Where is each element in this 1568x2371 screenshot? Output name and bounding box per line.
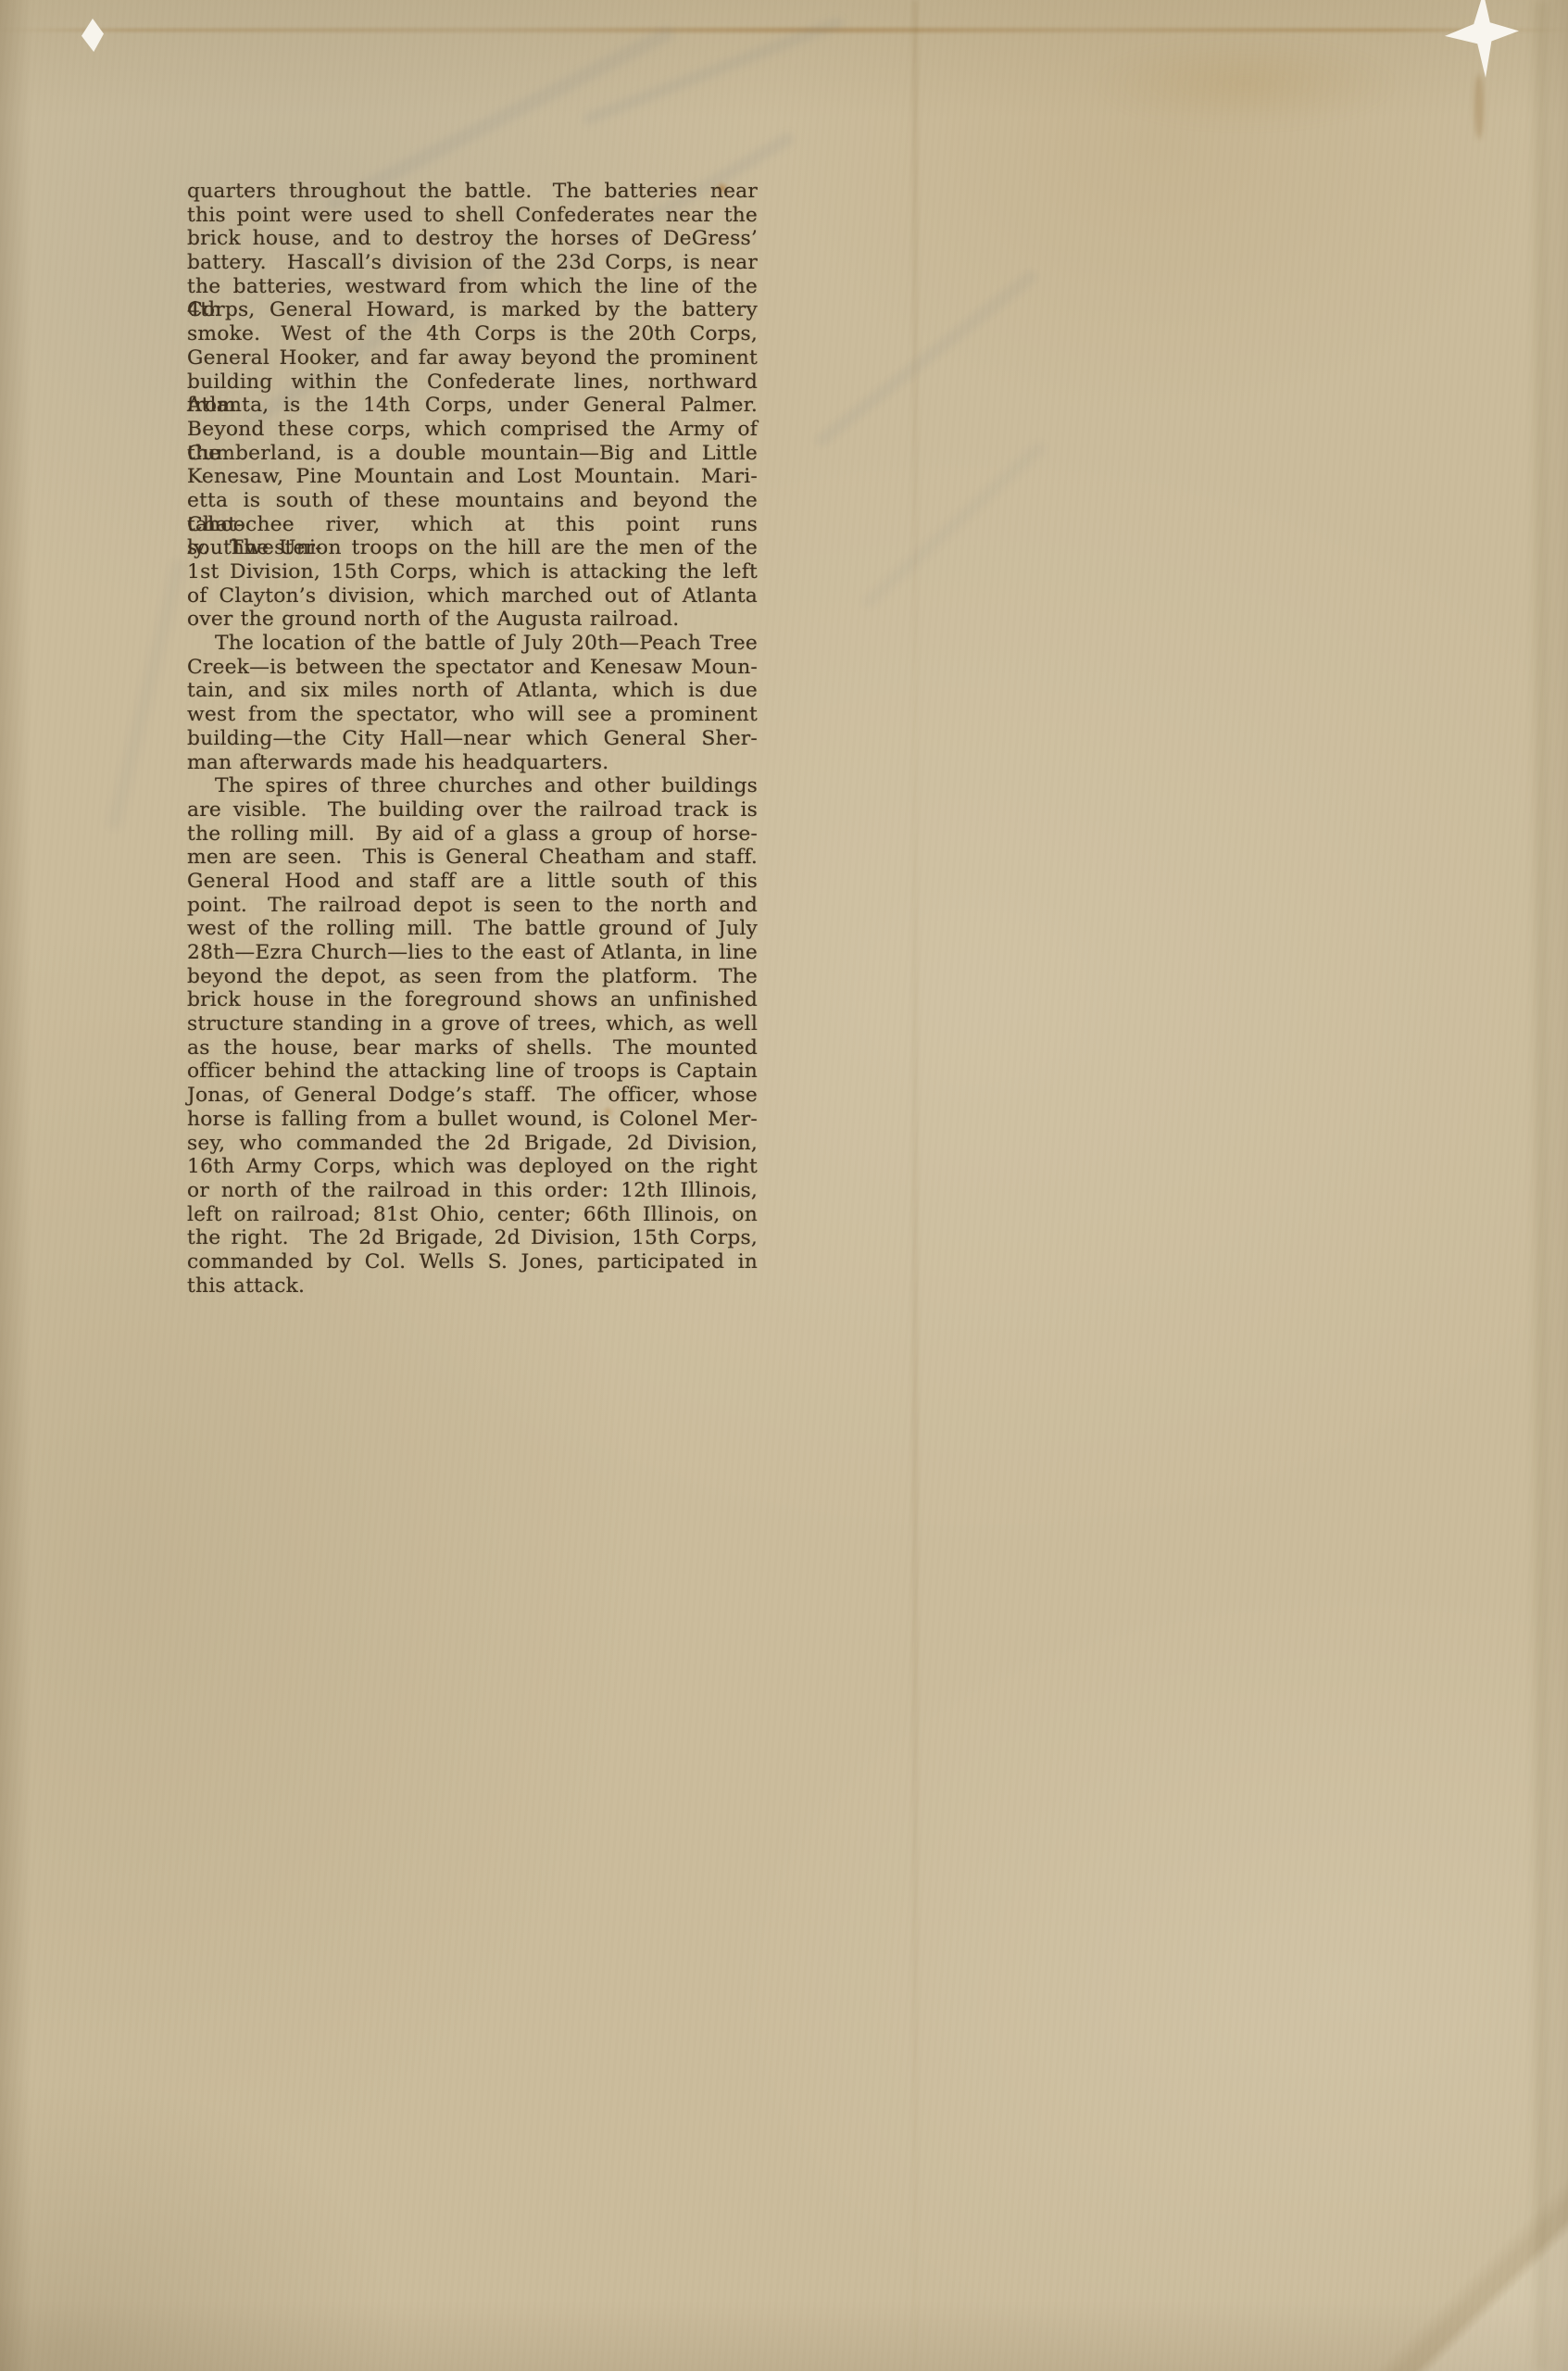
- text-line: Beyond these corps, which comprised the …: [187, 418, 758, 442]
- text-line: General Hood and staff are a little sout…: [187, 870, 758, 894]
- text-line: The spires of three churches and other b…: [187, 774, 758, 798]
- paper-fold-corner: [1160, 1973, 1568, 2371]
- text-line: 1st Division, 15th Corps, which is attac…: [187, 560, 758, 584]
- text-line: men are seen. This is General Cheatham a…: [187, 846, 758, 870]
- text-line: over the ground north of the Augusta rai…: [187, 608, 758, 632]
- text-line: ly. The Union troops on the hill are the…: [187, 536, 758, 560]
- text-line: this point were used to shell Confederat…: [187, 204, 758, 228]
- text-line: point. The railroad depot is seen to the…: [187, 894, 758, 918]
- text-line: horse is falling from a bullet wound, is…: [187, 1108, 758, 1132]
- text-line: west of the rolling mill. The battle gro…: [187, 917, 758, 941]
- text-line: Creek—is between the spectator and Kenes…: [187, 656, 758, 680]
- text-line: left on railroad; 81st Ohio, center; 66t…: [187, 1203, 758, 1227]
- text-line: smoke. West of the 4th Corps is the 20th…: [187, 322, 758, 346]
- ink-bleedthrough: [106, 558, 187, 832]
- ink-bleedthrough: [812, 268, 1039, 449]
- text-line: The location of the battle of July 20th—…: [187, 632, 758, 656]
- text-line: building within the Confederate lines, n…: [187, 370, 758, 395]
- text-line: quarters throughout the battle. The batt…: [187, 180, 758, 204]
- text-line: beyond the depot, as seen from the platf…: [187, 965, 758, 989]
- paper-crease-vertical: [912, 0, 918, 2371]
- text-line: structure standing in a grove of trees, …: [187, 1012, 758, 1036]
- text-line: are visible. The building over the railr…: [187, 798, 758, 822]
- text-line: Cumberland, is a double mountain—Big and…: [187, 442, 758, 466]
- page-scan: quarters throughout the battle. The batt…: [0, 0, 1568, 2371]
- paper-smudge: [1474, 74, 1484, 139]
- paper-edge-shadow: [1535, 0, 1548, 2371]
- text-line: the right. The 2d Brigade, 2d Division, …: [187, 1226, 758, 1250]
- text-line: this attack.: [187, 1274, 758, 1298]
- text-line: battery. Hascall’s division of the 23d C…: [187, 251, 758, 275]
- text-line: of Clayton’s division, which marched out…: [187, 584, 758, 608]
- text-line: brick house, and to destroy the horses o…: [187, 227, 758, 251]
- paper-stain: [1093, 37, 1399, 130]
- page-text: quarters throughout the battle. The batt…: [187, 180, 758, 1298]
- text-line: as the house, bear marks of shells. The …: [187, 1036, 758, 1060]
- text-line: the rolling mill. By aid of a glass a gr…: [187, 822, 758, 847]
- text-line: building—the City Hall—near which Genera…: [187, 727, 758, 751]
- text-line: etta is south of these mountains and bey…: [187, 489, 758, 513]
- text-line: man afterwards made his headquarters.: [187, 751, 758, 775]
- ink-bleedthrough: [860, 440, 1047, 610]
- text-line: west from the spectator, who will see a …: [187, 703, 758, 727]
- text-line: 16th Army Corps, which was deployed on t…: [187, 1155, 758, 1179]
- text-line: tain, and six miles north of Atlanta, wh…: [187, 679, 758, 703]
- text-line: commanded by Col. Wells S. Jones, partic…: [187, 1250, 758, 1274]
- paper-hole-star: [1445, 0, 1519, 78]
- text-line: officer behind the attacking line of tro…: [187, 1060, 758, 1084]
- paper-hole-diamond: [82, 19, 104, 52]
- text-line: Jonas, of General Dodge’s staff. The off…: [187, 1084, 758, 1108]
- text-line: the batteries, westward from which the l…: [187, 275, 758, 299]
- text-line: Kenesaw, Pine Mountain and Lost Mountain…: [187, 465, 758, 489]
- text-line: tahoochee river, which at this point run…: [187, 513, 758, 537]
- text-line: brick house in the foreground shows an u…: [187, 988, 758, 1012]
- text-line: sey, who commanded the 2d Brigade, 2d Di…: [187, 1132, 758, 1156]
- text-line: Corps, General Howard, is marked by the …: [187, 298, 758, 322]
- text-line: General Hooker, and far away beyond the …: [187, 346, 758, 370]
- text-line: 28th—Ezra Church—lies to the east of Atl…: [187, 941, 758, 965]
- text-line: Atlanta, is the 14th Corps, under Genera…: [187, 394, 758, 418]
- text-line: or north of the railroad in this order: …: [187, 1179, 758, 1203]
- paper-crease-horizontal: [0, 28, 1568, 32]
